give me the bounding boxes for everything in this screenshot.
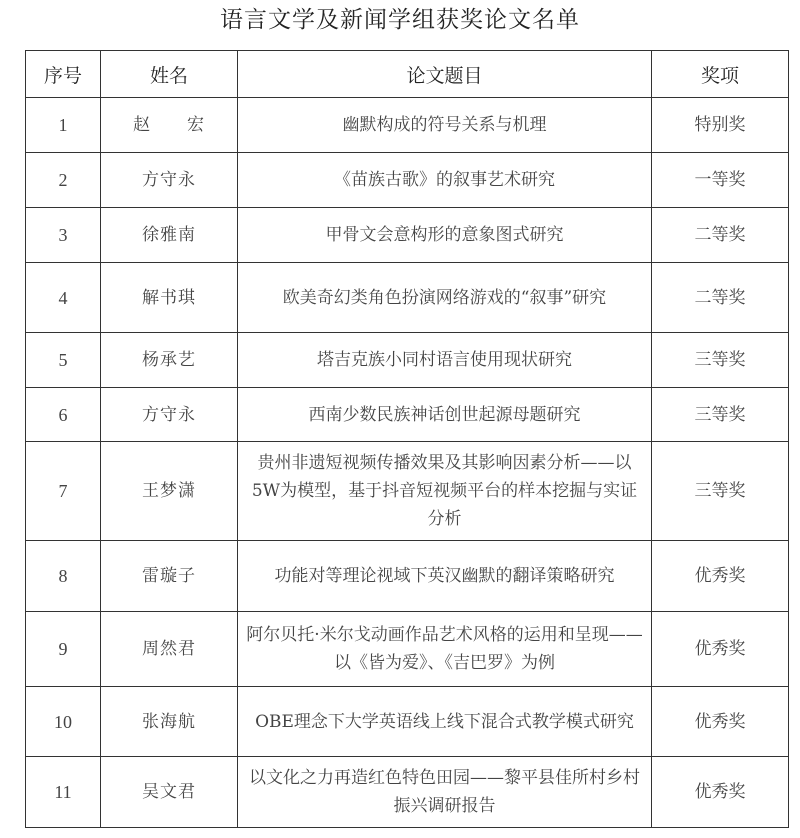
author-name: 张海航 [101, 687, 238, 757]
award-table: 序号 姓名 论文题目 奖项 1赵 宏幽默构成的符号关系与机理特别奖2方守永《苗族… [25, 50, 789, 828]
author-name: 王梦潇 [101, 442, 238, 541]
paper-title: 功能对等理论视域下英汉幽默的翻译策略研究 [238, 541, 652, 612]
table-row: 6方守永西南少数民族神话创世起源母题研究三等奖 [26, 388, 789, 442]
paper-title: 欧美奇幻类角色扮演网络游戏的“叙事”研究 [238, 263, 652, 333]
award-level: 二等奖 [652, 208, 789, 263]
award-level: 三等奖 [652, 442, 789, 541]
header-number: 序号 [26, 51, 101, 98]
header-paper-title: 论文题目 [238, 51, 652, 98]
table-row: 10张海航OBE理念下大学英语线上线下混合式教学模式研究优秀奖 [26, 687, 789, 757]
header-award: 奖项 [652, 51, 789, 98]
award-level: 优秀奖 [652, 687, 789, 757]
table-row: 2方守永《苗族古歌》的叙事艺术研究一等奖 [26, 153, 789, 208]
author-name: 赵 宏 [101, 98, 238, 153]
author-name: 杨承艺 [101, 333, 238, 388]
paper-title: OBE理念下大学英语线上线下混合式教学模式研究 [238, 687, 652, 757]
paper-title: 以文化之力再造红色特色田园——黎平县佳所村乡村振兴调研报告 [238, 757, 652, 828]
author-name: 雷璇子 [101, 541, 238, 612]
row-number: 5 [26, 333, 101, 388]
row-number: 11 [26, 757, 101, 828]
row-number: 10 [26, 687, 101, 757]
row-number: 6 [26, 388, 101, 442]
paper-title: 幽默构成的符号关系与机理 [238, 98, 652, 153]
row-number: 3 [26, 208, 101, 263]
row-number: 9 [26, 612, 101, 687]
table-row: 8雷璇子功能对等理论视域下英汉幽默的翻译策略研究优秀奖 [26, 541, 789, 612]
award-level: 优秀奖 [652, 612, 789, 687]
paper-title: 甲骨文会意构形的意象图式研究 [238, 208, 652, 263]
award-level: 优秀奖 [652, 541, 789, 612]
table-row: 1赵 宏幽默构成的符号关系与机理特别奖 [26, 98, 789, 153]
paper-title: 西南少数民族神话创世起源母题研究 [238, 388, 652, 442]
document-title: 语言文学及新闻学组获奖论文名单 [0, 2, 800, 38]
author-name: 解书琪 [101, 263, 238, 333]
table-header-row: 序号 姓名 论文题目 奖项 [26, 51, 789, 98]
paper-title: 阿尔贝托·米尔戈动画作品艺术风格的运用和呈现——以《皆为爱》、《吉巴罗》为例 [238, 612, 652, 687]
row-number: 1 [26, 98, 101, 153]
row-number: 2 [26, 153, 101, 208]
table-row: 9周然君阿尔贝托·米尔戈动画作品艺术风格的运用和呈现——以《皆为爱》、《吉巴罗》… [26, 612, 789, 687]
table-row: 7王梦潇贵州非遗短视频传播效果及其影响因素分析——以5W为模型，基于抖音短视频平… [26, 442, 789, 541]
paper-title: 《苗族古歌》的叙事艺术研究 [238, 153, 652, 208]
table-row: 5杨承艺塔吉克族小同村语言使用现状研究三等奖 [26, 333, 789, 388]
author-name: 方守永 [101, 388, 238, 442]
header-name: 姓名 [101, 51, 238, 98]
paper-title: 塔吉克族小同村语言使用现状研究 [238, 333, 652, 388]
award-level: 三等奖 [652, 333, 789, 388]
award-level: 二等奖 [652, 263, 789, 333]
row-number: 7 [26, 442, 101, 541]
row-number: 8 [26, 541, 101, 612]
author-name: 吴文君 [101, 757, 238, 828]
table-row: 4解书琪欧美奇幻类角色扮演网络游戏的“叙事”研究二等奖 [26, 263, 789, 333]
row-number: 4 [26, 263, 101, 333]
author-name: 徐雅南 [101, 208, 238, 263]
award-level: 一等奖 [652, 153, 789, 208]
award-level: 优秀奖 [652, 757, 789, 828]
table-row: 3徐雅南甲骨文会意构形的意象图式研究二等奖 [26, 208, 789, 263]
author-name: 周然君 [101, 612, 238, 687]
award-level: 三等奖 [652, 388, 789, 442]
paper-title: 贵州非遗短视频传播效果及其影响因素分析——以5W为模型，基于抖音短视频平台的样本… [238, 442, 652, 541]
award-level: 特别奖 [652, 98, 789, 153]
table-row: 11吴文君以文化之力再造红色特色田园——黎平县佳所村乡村振兴调研报告优秀奖 [26, 757, 789, 828]
author-name: 方守永 [101, 153, 238, 208]
